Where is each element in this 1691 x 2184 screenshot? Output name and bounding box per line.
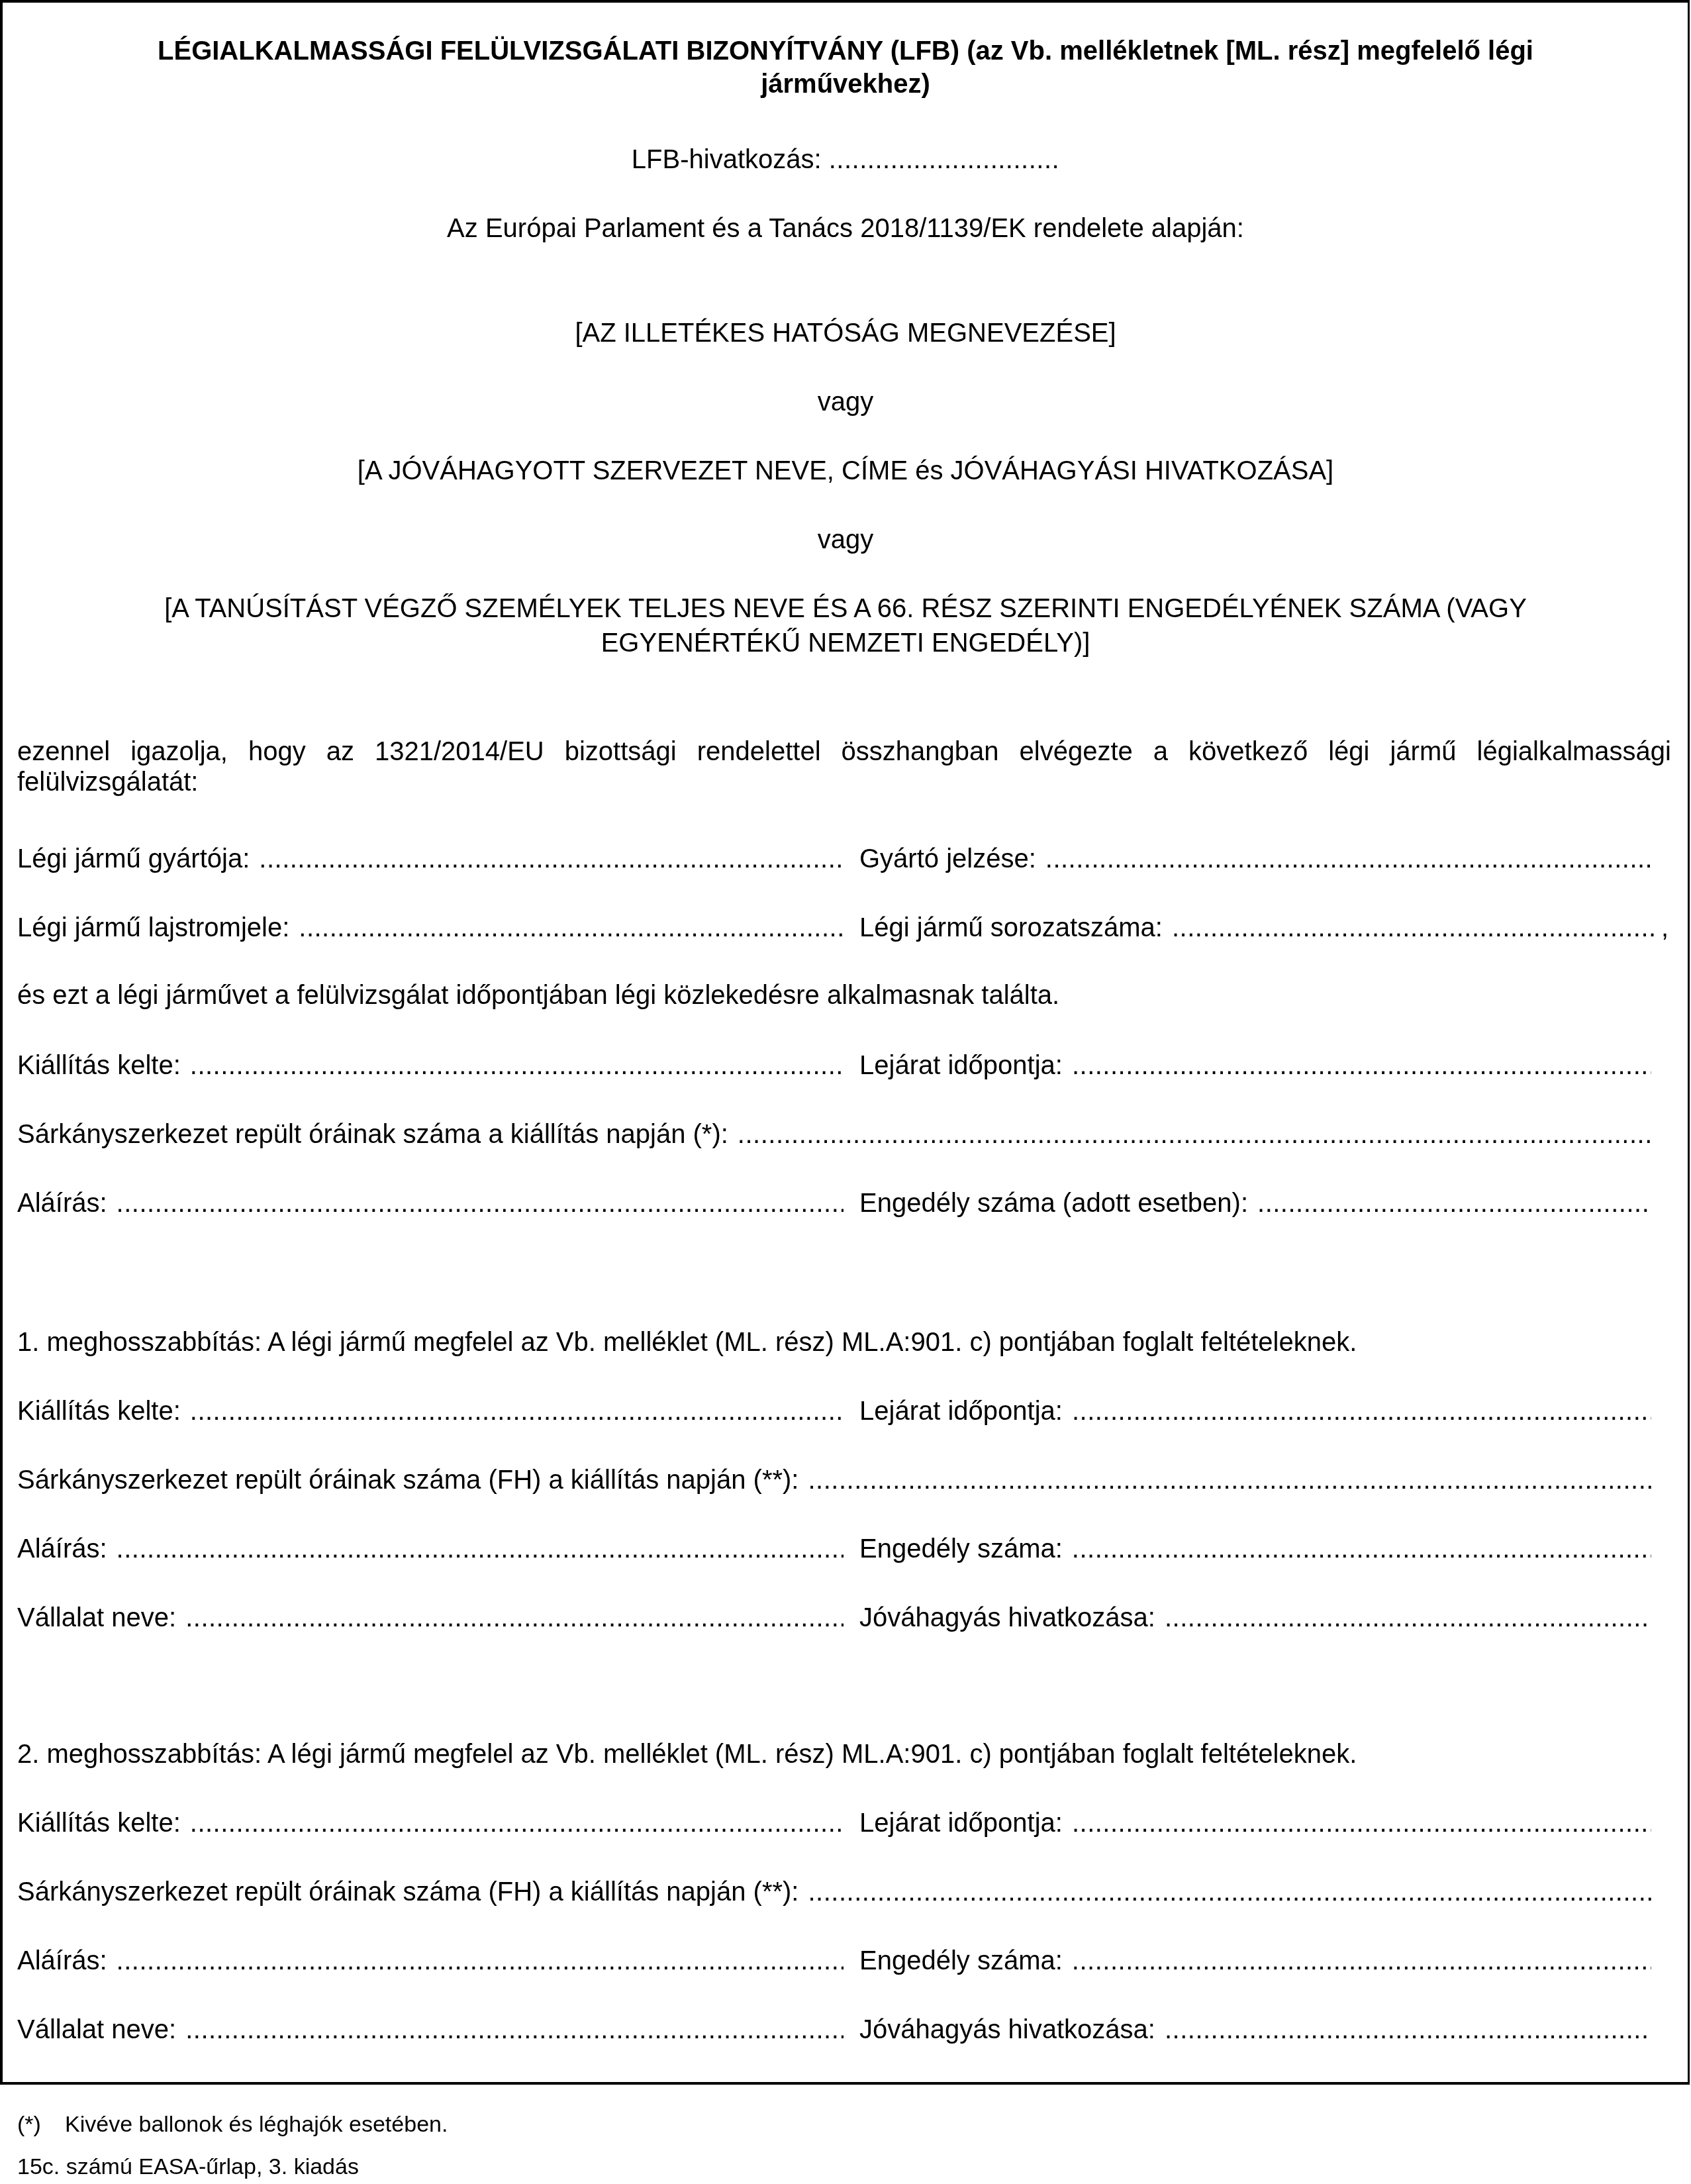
- ext2-licence-number-field[interactable]: Engedély száma:: [859, 1946, 1651, 1976]
- registration-field[interactable]: Légi jármű lajstromjele:: [17, 913, 844, 943]
- signature-input[interactable]: [117, 1188, 844, 1218]
- licence-number-input[interactable]: [1257, 1188, 1651, 1218]
- ext1-company-name-label: Vállalat neve:: [17, 1603, 176, 1633]
- footnote-mark: (*): [17, 2111, 65, 2138]
- ext1-licence-number-label: Engedély száma:: [859, 1534, 1063, 1564]
- lfb-reference-label: LFB-hivatkozás:: [632, 145, 822, 174]
- ext2-airframe-hours-field[interactable]: Sárkányszerkezet repült óráinak száma (F…: [17, 1877, 1651, 1907]
- ext1-approval-reference-field[interactable]: Jóváhagyás hivatkozása:: [859, 1603, 1651, 1633]
- ext1-issue-date-input[interactable]: [190, 1396, 844, 1426]
- issue-date-input[interactable]: [190, 1050, 844, 1081]
- footnote: (*)Kivéve ballonok és léghajók esetében.: [17, 2111, 448, 2138]
- designation-label: Gyártó jelzése:: [859, 844, 1036, 874]
- ext1-approval-reference-label: Jóváhagyás hivatkozása:: [859, 1603, 1155, 1633]
- ext2-issue-date-label: Kiállítás kelte:: [17, 1808, 181, 1838]
- ext2-signature-label: Aláírás:: [17, 1946, 107, 1976]
- airframe-hours-label: Sárkányszerkezet repült óráinak száma a …: [17, 1119, 728, 1150]
- ext2-approval-reference-label: Jóváhagyás hivatkozása:: [859, 2014, 1155, 2045]
- designation-field[interactable]: Gyártó jelzése:: [859, 844, 1651, 874]
- airframe-hours-field[interactable]: Sárkányszerkezet repült óráinak száma a …: [17, 1119, 1651, 1150]
- lfb-reference-field[interactable]: ..............................: [829, 145, 1059, 174]
- ext1-expiry-date-field[interactable]: Lejárat időpontja:: [859, 1396, 1651, 1426]
- expiry-date-field[interactable]: Lejárat időpontja:: [859, 1050, 1651, 1081]
- manufacturer-field[interactable]: Légi jármű gyártója:: [17, 844, 844, 874]
- lfb-reference: LFB-hivatkozás: ........................…: [0, 144, 1691, 175]
- designation-input[interactable]: [1045, 844, 1651, 874]
- licence-number-label: Engedély száma (adott esetben):: [859, 1188, 1248, 1218]
- ext1-issue-date-field[interactable]: Kiállítás kelte:: [17, 1396, 844, 1426]
- ext1-issue-date-label: Kiállítás kelte:: [17, 1396, 181, 1426]
- ext2-company-name-label: Vállalat neve:: [17, 2014, 176, 2045]
- expiry-date-label: Lejárat időpontja:: [859, 1050, 1063, 1081]
- registration-input[interactable]: [299, 913, 844, 943]
- certifying-persons-line1: [A TANÚSÍTÁST VÉGZŐ SZEMÉLYEK TELJES NEV…: [0, 593, 1691, 624]
- ext1-approval-reference-input[interactable]: [1165, 1603, 1651, 1633]
- certificate-frame: [0, 0, 1690, 2085]
- manufacturer-label: Légi jármű gyártója:: [17, 844, 250, 874]
- ext1-expiry-date-input[interactable]: [1072, 1396, 1651, 1426]
- ext1-airframe-hours-field[interactable]: Sárkányszerkezet repült óráinak száma (F…: [17, 1465, 1651, 1495]
- ext2-expiry-date-input[interactable]: [1072, 1808, 1651, 1838]
- ext1-licence-number-field[interactable]: Engedély száma:: [859, 1534, 1651, 1564]
- organisation-name: [A JÓVÁHAGYOTT SZERVEZET NEVE, CÍME és J…: [0, 456, 1691, 486]
- ext2-company-name-input[interactable]: [185, 2014, 844, 2045]
- extension-1-heading: 1. meghosszabbítás: A légi jármű megfele…: [17, 1327, 1357, 1358]
- airframe-hours-input[interactable]: [738, 1119, 1651, 1150]
- issue-date-label: Kiállítás kelte:: [17, 1050, 181, 1081]
- authority-name: [AZ ILLETÉKES HATÓSÁG MEGNEVEZÉSE]: [0, 318, 1691, 348]
- ext2-expiry-date-label: Lejárat időpontja:: [859, 1808, 1063, 1838]
- ext2-licence-number-input[interactable]: [1072, 1946, 1651, 1976]
- extension-2-heading: 2. meghosszabbítás: A légi jármű megfele…: [17, 1739, 1357, 1769]
- ext1-signature-field[interactable]: Aláírás:: [17, 1534, 844, 1564]
- ext2-signature-field[interactable]: Aláírás:: [17, 1946, 844, 1976]
- ext2-approval-reference-input[interactable]: [1165, 2014, 1651, 2045]
- licence-number-field[interactable]: Engedély száma (adott esetben):: [859, 1188, 1651, 1218]
- certification-statement: ezennel igazolja, hogy az 1321/2014/EU b…: [17, 736, 1671, 797]
- ext2-approval-reference-field[interactable]: Jóváhagyás hivatkozása:: [859, 2014, 1651, 2045]
- certificate-title-line2: járművekhez): [0, 69, 1691, 99]
- serial-label: Légi jármű sorozatszáma:: [859, 913, 1163, 943]
- certifying-persons-line2: EGYENÉRTÉKŰ NEMZETI ENGEDÉLY)]: [0, 628, 1691, 658]
- ext1-airframe-hours-input[interactable]: [808, 1465, 1651, 1495]
- ext2-signature-input[interactable]: [117, 1946, 844, 1976]
- ext2-airframe-hours-input[interactable]: [808, 1877, 1651, 1907]
- signature-label: Aláírás:: [17, 1188, 107, 1218]
- serial-input[interactable]: [1172, 913, 1656, 943]
- signature-field[interactable]: Aláírás:: [17, 1188, 844, 1218]
- registration-label: Légi jármű lajstromjele:: [17, 913, 289, 943]
- certificate-title-line1: LÉGIALKALMASSÁGI FELÜLVIZSGÁLATI BIZONYÍ…: [0, 36, 1691, 66]
- ext2-company-name-field[interactable]: Vállalat neve:: [17, 2014, 844, 2045]
- footnote-text: Kivéve ballonok és léghajók esetében.: [65, 2112, 448, 2137]
- ext1-airframe-hours-label: Sárkányszerkezet repült óráinak száma (F…: [17, 1465, 798, 1495]
- or-separator-2: vagy: [0, 524, 1691, 555]
- serial-tail: ,: [1661, 913, 1668, 943]
- manufacturer-input[interactable]: [259, 844, 844, 874]
- ext1-expiry-date-label: Lejárat időpontja:: [859, 1396, 1063, 1426]
- or-separator-1: vagy: [0, 387, 1691, 417]
- issue-date-field[interactable]: Kiállítás kelte:: [17, 1050, 844, 1081]
- ext2-licence-number-label: Engedély száma:: [859, 1946, 1063, 1976]
- ext1-signature-input[interactable]: [117, 1534, 844, 1564]
- ext2-expiry-date-field[interactable]: Lejárat időpontja:: [859, 1808, 1651, 1838]
- ext1-company-name-field[interactable]: Vállalat neve:: [17, 1603, 844, 1633]
- expiry-date-input[interactable]: [1072, 1050, 1651, 1081]
- airworthiness-finding: és ezt a légi járművet a felülvizsgálat …: [17, 980, 1059, 1011]
- ext2-issue-date-field[interactable]: Kiállítás kelte:: [17, 1808, 844, 1838]
- serial-field[interactable]: Légi jármű sorozatszáma: ,: [859, 913, 1668, 943]
- ext1-signature-label: Aláírás:: [17, 1534, 107, 1564]
- ext1-company-name-input[interactable]: [185, 1603, 844, 1633]
- ext1-licence-number-input[interactable]: [1072, 1534, 1651, 1564]
- legal-basis: Az Európai Parlament és a Tanács 2018/11…: [0, 213, 1691, 244]
- form-identifier: 15c. számú EASA-űrlap, 3. kiadás: [17, 2154, 359, 2180]
- ext2-airframe-hours-label: Sárkányszerkezet repült óráinak száma (F…: [17, 1877, 798, 1907]
- ext2-issue-date-input[interactable]: [190, 1808, 844, 1838]
